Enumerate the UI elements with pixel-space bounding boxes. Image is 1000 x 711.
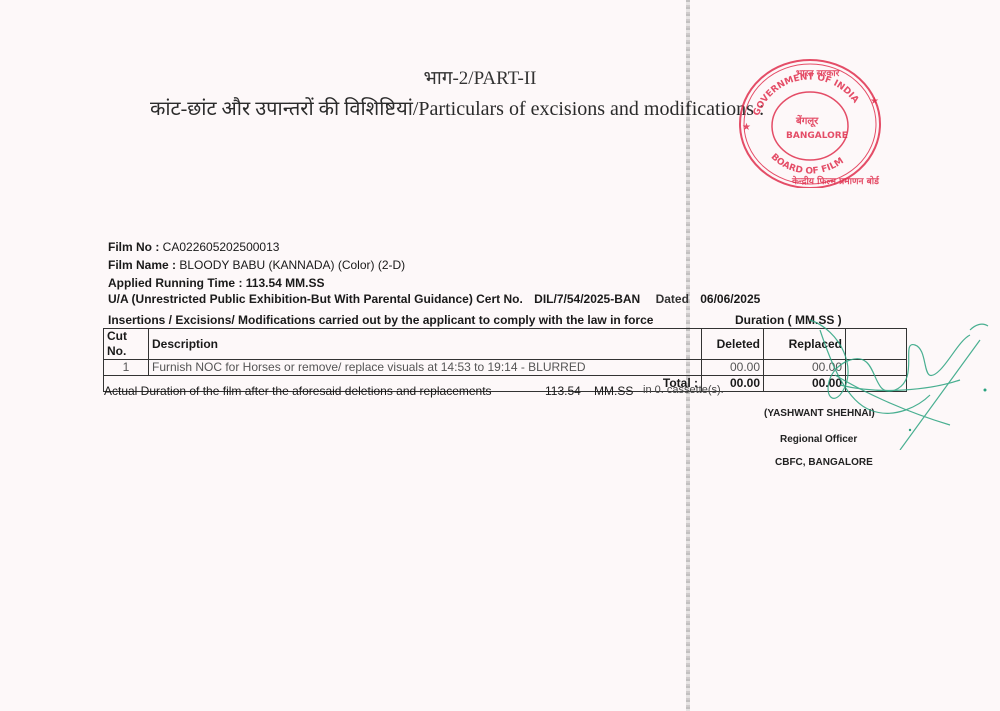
cut-description: Furnish NOC for Horses or remove/ replac… bbox=[149, 360, 702, 376]
certificate-category: U/A (Unrestricted Public Exhibition-But … bbox=[108, 292, 523, 306]
column-header-cut-no: Cut No. bbox=[104, 329, 149, 360]
film-name-line: Film Name : BLOODY BABU (KANNADA) (Color… bbox=[108, 258, 405, 272]
handwritten-signature bbox=[800, 300, 1000, 450]
svg-text:★: ★ bbox=[742, 122, 751, 133]
film-name-value: BLOODY BABU (KANNADA) (Color) (2-D) bbox=[179, 258, 405, 272]
table-header-row: Cut No. Description Deleted Replaced bbox=[104, 329, 907, 360]
svg-text:★: ★ bbox=[870, 96, 879, 107]
official-seal-stamp: GOVERNMENT OF INDIA BOARD OF FILM भारत स… bbox=[734, 58, 884, 188]
cut-number: 1 bbox=[104, 360, 149, 376]
svg-text:BOARD OF FILM: BOARD OF FILM bbox=[769, 152, 846, 177]
running-time-label: Applied Running Time : bbox=[108, 276, 242, 290]
film-number-label: Film No : bbox=[108, 240, 159, 254]
stamp-ring-bottom: BOARD OF FILM bbox=[769, 152, 846, 177]
signatory-office: CBFC, BANGALORE bbox=[775, 457, 873, 468]
running-time-value: 113.54 MM.SS bbox=[246, 276, 325, 290]
cut-deleted: 00.00 bbox=[702, 360, 764, 376]
modifications-heading: Insertions / Excisions/ Modifications ca… bbox=[108, 313, 653, 327]
actual-duration-unit: MM.SS bbox=[594, 384, 633, 398]
actual-duration-value: 113.54 bbox=[545, 384, 581, 398]
film-number-value: CA022605202500013 bbox=[163, 240, 280, 254]
section-title: कांट-छांट और उपान्तरों की विशिष्टियां/Pa… bbox=[150, 94, 764, 121]
column-header-deleted: Deleted bbox=[702, 329, 764, 360]
stamp-center: BANGALORE bbox=[786, 131, 848, 141]
column-header-description: Description bbox=[149, 329, 702, 360]
dated-value: 06/06/2025 bbox=[700, 292, 760, 306]
film-name-label: Film Name : bbox=[108, 258, 176, 272]
stamp-hindi-top: भारत सरकार bbox=[796, 69, 840, 79]
dated-label: Dated bbox=[656, 292, 689, 306]
running-time-line: Applied Running Time : 113.54 MM.SS bbox=[108, 276, 325, 290]
actual-duration-label: Actual Duration of the film after the af… bbox=[104, 384, 492, 398]
stamp-hindi-bottom: केन्द्रीय फिल्म प्रमाणन बोर्ड bbox=[791, 175, 880, 187]
table-row: 1 Furnish NOC for Horses or remove/ repl… bbox=[104, 360, 907, 376]
cassette-count: in 0. cassette(s). bbox=[643, 384, 724, 396]
modifications-table: Cut No. Description Deleted Replaced 1 F… bbox=[103, 328, 907, 392]
film-number-line: Film No : CA022605202500013 bbox=[108, 240, 279, 254]
stamp-center-hindi: बेंगलूर bbox=[795, 114, 819, 128]
certificate-line: U/A (Unrestricted Public Exhibition-But … bbox=[108, 292, 760, 306]
certificate-number: DIL/7/54/2025-BAN bbox=[534, 292, 640, 306]
